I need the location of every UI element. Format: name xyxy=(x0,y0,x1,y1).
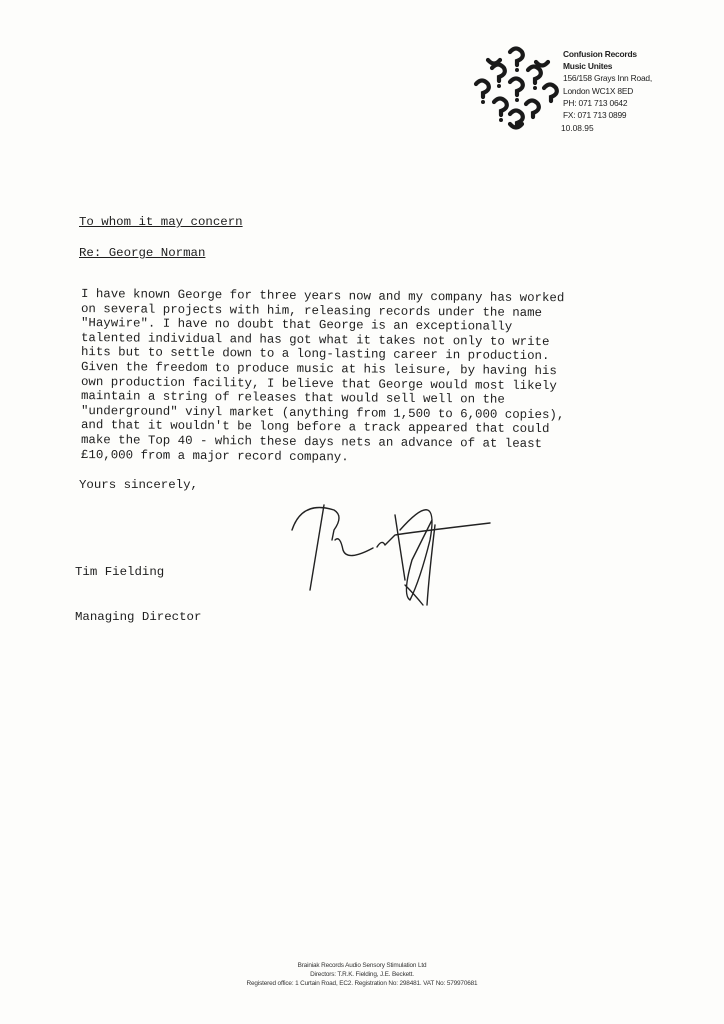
letterhead: Confusion Records Music Unites 156/158 G… xyxy=(563,48,652,121)
footer-directors: Directors: T.R.K. Fielding, J.E. Beckett… xyxy=(0,970,724,979)
phone-number: PH: 071 713 0642 xyxy=(563,97,652,109)
address-line-1: 156/158 Grays Inn Road, xyxy=(563,72,652,84)
footer: Brainiak Records Audio Sensory Stimulati… xyxy=(0,961,724,988)
address-line-2: London WC1X 8ED xyxy=(563,85,652,97)
question-marks-logo-icon xyxy=(470,40,562,132)
signatory-name: Tim Fielding xyxy=(75,565,201,580)
company-name: Confusion Records xyxy=(563,48,652,60)
signatory-title: Managing Director xyxy=(75,610,201,625)
subject-line: Re: George Norman xyxy=(79,246,205,260)
company-tagline: Music Unites xyxy=(563,60,652,72)
fax-number: FX: 071 713 0899 xyxy=(563,109,652,121)
salutation: To whom it may concern xyxy=(79,215,243,229)
signature-block: Tim Fielding Managing Director xyxy=(75,535,201,640)
handwritten-signature-icon xyxy=(280,485,580,610)
closing: Yours sincerely, xyxy=(79,478,198,492)
footer-company: Brainiak Records Audio Sensory Stimulati… xyxy=(0,961,724,970)
footer-registration: Registered office: 1 Curtain Road, EC2. … xyxy=(0,979,724,988)
letter-body: I have known George for three years now … xyxy=(81,287,564,462)
letter-date: 10.08.95 xyxy=(561,123,594,133)
